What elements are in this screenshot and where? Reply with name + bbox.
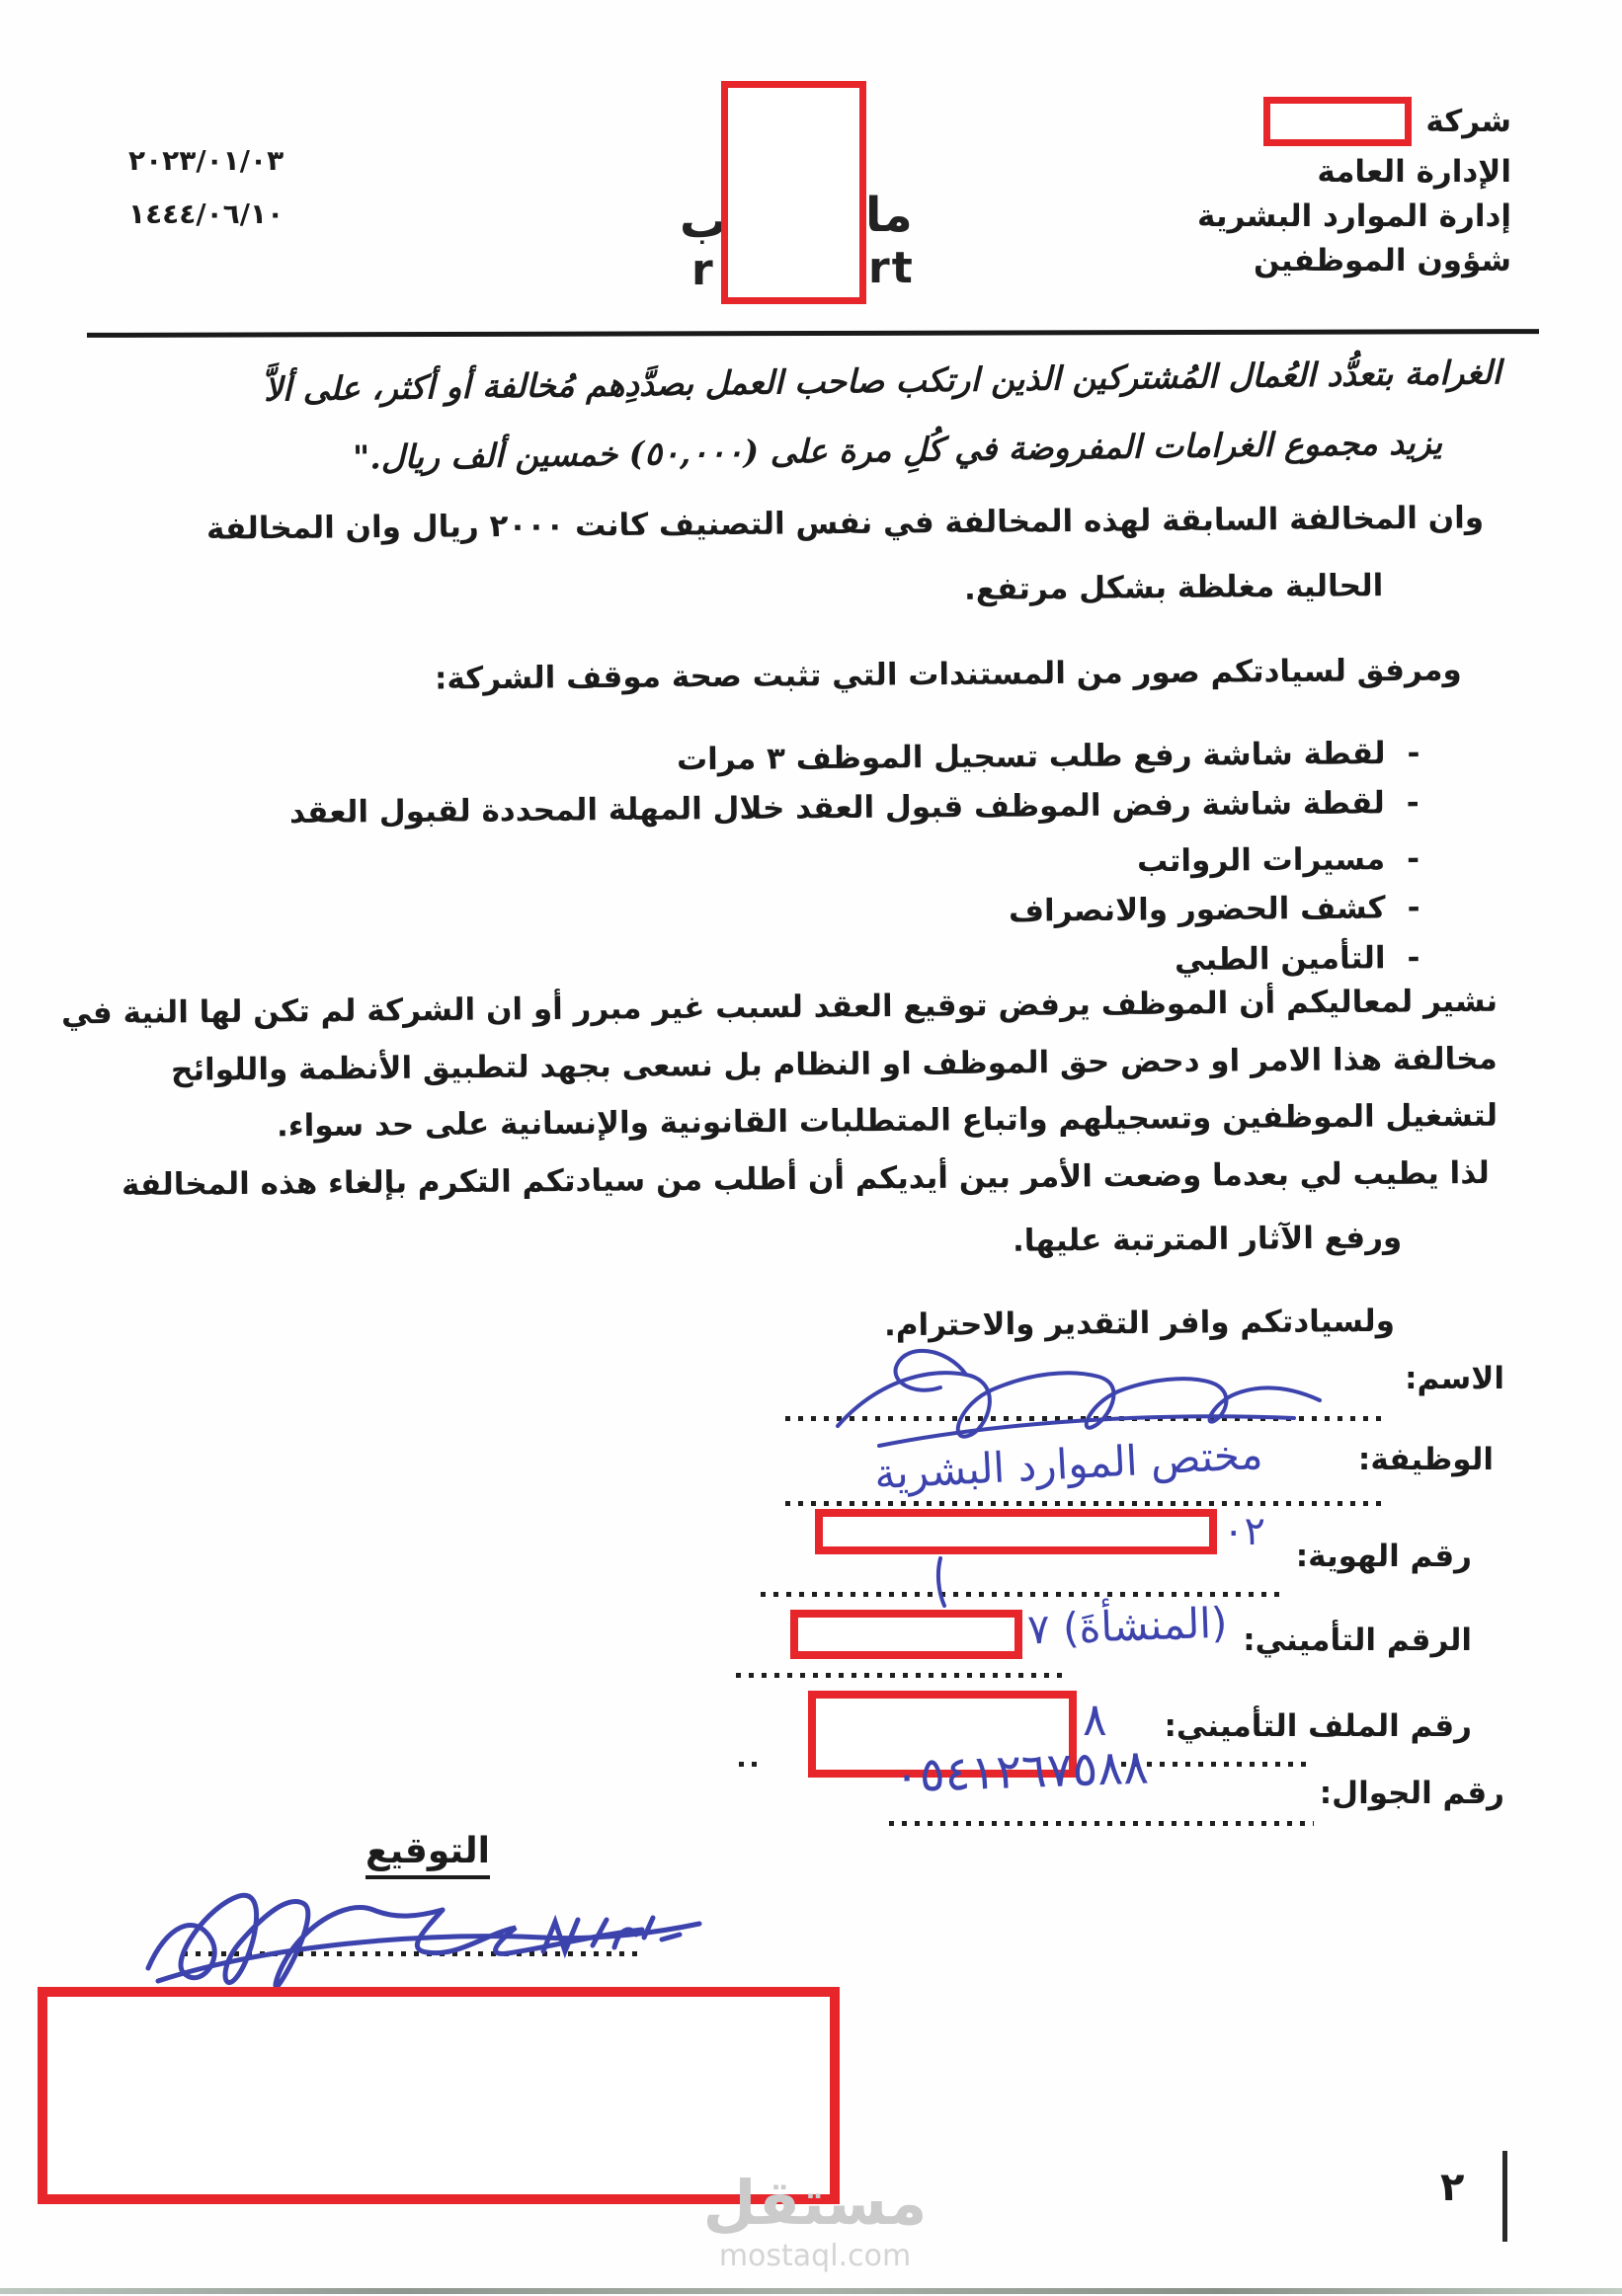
bullet-dash: - [1407, 841, 1419, 877]
penalty-quote-line-2: يزيد مجموع الغرامات المفروضة في كُلِ مرة… [353, 423, 1443, 476]
logo-redaction-box [721, 81, 866, 304]
insurance-number-dotted-line [736, 1673, 1062, 1678]
penalty-quote-line-1: الغرامة بتعدُّد العُمال المُشتركين الذين… [264, 353, 1501, 408]
insurance-file-dotted-line [1121, 1762, 1314, 1767]
company-name-redaction-box [1263, 97, 1412, 146]
attachment-bullet-4: -كشف الحضور والانصراف [1008, 890, 1419, 929]
scan-edge-artifact [0, 2288, 1622, 2294]
bullet-dash: - [1407, 736, 1419, 771]
clarification-line-1: نشير لمعاليكم أن الموظف يرفض توقيع العقد… [61, 984, 1498, 1032]
bullet-text: التأمين الطبي [1174, 940, 1385, 978]
bullet-dash: - [1407, 890, 1419, 925]
attachments-intro: ومرفق لسيادتكم صور من المستندات التي تثب… [435, 652, 1462, 696]
insurance-file-partial-value: ٨ [1083, 1693, 1107, 1746]
stray-ink-mark [927, 1556, 956, 1608]
attachment-bullet-5: -التأمين الطبي [1174, 940, 1419, 978]
clarification-line-3: لتشغيل الموظفين وتسجيلهم واتباع المتطلبا… [277, 1098, 1498, 1145]
bullet-dash: - [1407, 785, 1419, 821]
job-dotted-line [785, 1501, 1385, 1506]
signature-title: التوقيع [365, 1831, 490, 1879]
date-gregorian: ٢٠٢٣/٠١/٠٣ [128, 144, 284, 177]
page-number-divider [1502, 2151, 1507, 2242]
attachment-bullet-3: -مسيرات الرواتب [1137, 841, 1419, 879]
logo-arabic-right-fragment: ما [865, 188, 913, 243]
watermark-latin: mostaql.com [682, 2239, 948, 2273]
logo-latin-right-fragment: rt [868, 243, 915, 293]
request-line-2: ورفع الآثار المترتبة عليها. [1013, 1220, 1403, 1258]
field-label-id-number: رقم الهوية: [1296, 1539, 1472, 1574]
org-employee-affairs: شؤون الموظفين [1197, 243, 1511, 278]
signature-scrawl [128, 1874, 721, 2003]
page-number: ٢ [1440, 2165, 1464, 2210]
scanned-letter-page: ٢٠٢٣/٠١/٠٣ ١٤٤٤/٠٦/١٠ شركة الإدارة العام… [0, 0, 1622, 2296]
id-number-redaction-box [815, 1509, 1217, 1554]
bullet-text: لقطة شاشة رفض الموظف قبول العقد خلال الم… [289, 785, 1385, 831]
attachment-bullet-1: -لقطة شاشة رفع طلب تسجيل الموظف ٣ مرات [676, 736, 1419, 778]
field-label-name: الاسم: [1405, 1361, 1504, 1396]
clarification-line-2: مخالفة هذا الامر او دحض حق الموظف او الن… [171, 1041, 1498, 1088]
insurance-file-dotted-line-stub [739, 1762, 757, 1767]
bullet-text: لقطة شاشة رفع طلب تسجيل الموظف ٣ مرات [676, 736, 1385, 777]
logo-arabic-left-fragment: ب [680, 194, 727, 249]
id-number-partial-value: ٠٢ [1223, 1509, 1265, 1554]
bullet-text: كشف الحضور والانصراف [1008, 890, 1385, 928]
insurance-number-redaction-box [790, 1610, 1022, 1659]
id-number-dotted-line [761, 1592, 1279, 1597]
header-divider [87, 329, 1539, 338]
org-general-administration: الإدارة العامة [1197, 154, 1511, 190]
mobile-dotted-line [889, 1821, 1314, 1826]
company-line: شركة [1197, 97, 1511, 146]
request-line-1: لذا يطيب لي بعدما وضعت الأمر بين أيديكم … [122, 1155, 1490, 1203]
insurance-number-handwritten-value: (المنشأةَ) ٧ [1026, 1598, 1228, 1653]
field-label-mobile-number: رقم الجوال: [1320, 1776, 1504, 1811]
org-header-block: شركة الإدارة العامة إدارة الموارد البشري… [1197, 97, 1511, 278]
field-label-insurance-file-number: رقم الملف التأميني: [1165, 1708, 1472, 1744]
previous-violation-line-2: الحالية مغلظة بشكل مرتفع. [964, 568, 1384, 607]
field-label-insurance-number: الرقم التأميني: [1243, 1623, 1472, 1658]
bullet-dash: - [1407, 940, 1419, 976]
watermark-arabic: مستقل [682, 2167, 948, 2239]
mobile-number-handwritten-value: ٠٥٤١٢٦٧٥٨٨ [893, 1740, 1150, 1804]
bullet-text: مسيرات الرواتب [1137, 841, 1385, 879]
watermark: مستقل mostaql.com [682, 2167, 948, 2273]
company-prefix: شركة [1425, 104, 1511, 139]
date-hijri: ١٤٤٤/٠٦/١٠ [128, 198, 284, 230]
attachment-bullet-2: -لقطة شاشة رفض الموظف قبول العقد خلال ال… [289, 785, 1419, 831]
org-hr-department: إدارة الموارد البشرية [1197, 198, 1511, 234]
field-label-job: الوظيفة: [1358, 1442, 1494, 1477]
previous-violation-line-1: وان المخالفة السابقة لهذه المخالفة في نف… [206, 500, 1484, 546]
logo-latin-left-fragment: r [691, 245, 713, 295]
